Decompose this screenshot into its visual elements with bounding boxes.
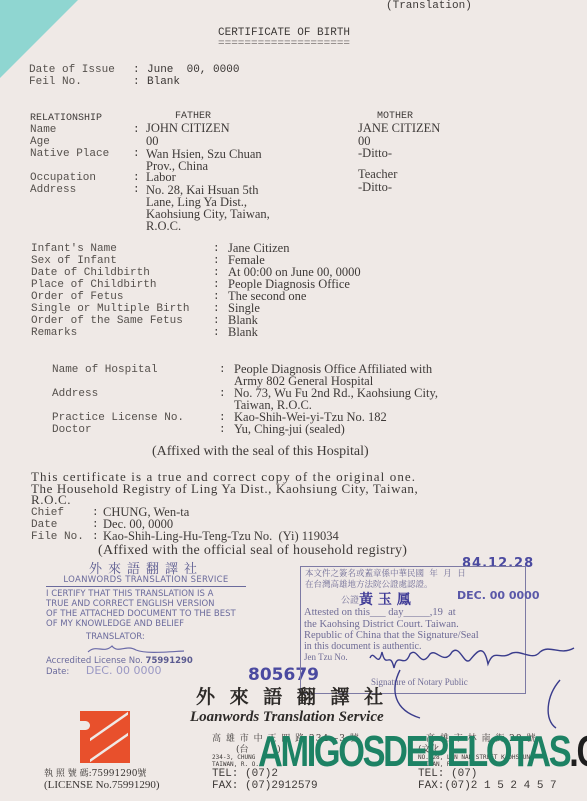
address-label: Address xyxy=(30,184,76,196)
notary-cn-line1: 本文件之簽名或蓋章係中華民國 年 月 日 xyxy=(305,569,466,580)
attested-line: Attested on this___ day_____,19 at xyxy=(304,607,456,618)
colon: : xyxy=(219,412,226,424)
translator-stamp-en-name: LOANWORDS TRANSLATION SERVICE xyxy=(46,575,246,585)
notary-date-stamp: DEC. 00 0000 xyxy=(457,589,539,602)
chief-label: Chief xyxy=(31,507,64,519)
colon: : xyxy=(213,315,220,327)
certify-text: I CERTIFY THAT THIS TRANSLATION IS A TRU… xyxy=(46,589,246,629)
hospital-name-value: People Diagnosis Office Affiliated with … xyxy=(234,363,432,387)
colon: : xyxy=(213,243,220,255)
court-line: the Kaohsing District Court. Taiwan. xyxy=(304,619,459,630)
hospital-address-label: Address xyxy=(52,388,98,400)
letterhead-cn-name: 外 來 語 翻 譯 社 xyxy=(196,682,387,709)
left-fax: FAX: (07)2912579 xyxy=(212,780,318,792)
file-no-label: Feil No. xyxy=(29,76,82,88)
translator-stamp-cn-name: 外來語翻譯社 xyxy=(46,565,246,575)
colon: : xyxy=(213,303,220,315)
translator-label: TRANSLATOR: xyxy=(86,632,145,642)
doctor-value: Yu, Ching-jui (sealed) xyxy=(234,423,345,435)
father-occupation: Labor xyxy=(146,171,176,183)
title-underline: ==================== xyxy=(218,38,350,50)
mother-address: -Ditto- xyxy=(358,181,392,193)
notary-cn-name: 黃 玉 鳳 xyxy=(359,589,411,609)
colon: : xyxy=(213,255,220,267)
remarks-value: Blank xyxy=(228,326,258,338)
colon: : xyxy=(213,267,220,279)
birth-place-label: Place of Childbirth xyxy=(31,279,156,291)
relationship-label: RELATIONSHIP xyxy=(30,113,102,124)
registry-date-label: Date xyxy=(31,519,57,531)
native-place-label: Native Place xyxy=(30,148,109,160)
colon: : xyxy=(133,76,140,88)
license-cn: 執 照 號 碼:75991290號 xyxy=(44,766,146,779)
notary-cn-label: 公證 xyxy=(341,593,359,606)
registry-file-label: File No. xyxy=(31,531,84,543)
hospital-name-label: Name of Hospital xyxy=(52,364,158,376)
age-label: Age xyxy=(30,136,50,148)
same-fetus-order-label: Order of the Same Fetus xyxy=(31,315,183,327)
infant-name-label: Infant's Name xyxy=(31,243,117,255)
fetus-order-label: Order of Fetus xyxy=(31,291,123,303)
colon: : xyxy=(92,531,99,543)
colon: : xyxy=(133,148,140,160)
colon: : xyxy=(213,291,220,303)
occupation-label: Occupation xyxy=(30,172,96,184)
issue-date-value: June 00, 0000 xyxy=(147,64,239,76)
issue-date-label: Date of Issue xyxy=(29,64,115,76)
jen-tzu-label: Jen Tzu No. xyxy=(304,652,348,663)
colon: : xyxy=(92,519,99,531)
hospital-seal-note: (Affixed with the seal of this Hospital) xyxy=(152,444,369,460)
colon: : xyxy=(133,184,140,196)
colon: : xyxy=(219,424,226,436)
translator-line: TRANSLATOR: xyxy=(86,632,246,656)
name-label: Name xyxy=(30,124,56,136)
registry-file-value: Kao-Shih-Ling-Hu-Teng-Tzu No. (Yi) 11903… xyxy=(103,530,339,542)
father-native-place: Wan Hsien, Szu Chuan Prov., China xyxy=(146,148,262,172)
stamp-date-line: Date: DEC. 00 0000 xyxy=(46,666,246,677)
watermark-dark-text: .COM xyxy=(569,727,587,776)
registry-office: The Household Registry of Ling Ya Dist.,… xyxy=(31,483,418,505)
file-no-value: Blank xyxy=(147,76,180,88)
colon: : xyxy=(219,364,226,376)
doctor-label: Doctor xyxy=(52,424,92,436)
infant-sex-label: Sex of Infant xyxy=(31,255,117,267)
birth-type-label: Single or Multiple Birth xyxy=(31,303,189,315)
mother-name: JANE CITIZEN xyxy=(358,122,440,134)
divider xyxy=(46,586,246,587)
letterhead-en-name: Loanwords Translation Service xyxy=(190,709,384,726)
watermark: AMIGOSDEPELOTAS.COM xyxy=(258,728,587,776)
translator-signature-icon xyxy=(86,642,186,656)
colon: : xyxy=(133,64,140,76)
practice-license-label: Practice License No. xyxy=(52,412,184,424)
father-name: JOHN CITIZEN xyxy=(146,122,230,134)
watermark-green-text: AMIGOSDEPELOTAS xyxy=(258,727,569,776)
mother-native-place: -Ditto- xyxy=(358,147,392,159)
left-address-en: 234-3, CHUNG TAIWAN, R. O. xyxy=(212,754,259,768)
translation-tag: (Translation) xyxy=(386,0,472,12)
right-fax: FAX:(07)2 1 5 2 4 5 7 xyxy=(418,780,557,792)
stamp-date-label: Date: xyxy=(46,667,69,677)
colon: : xyxy=(133,172,140,184)
remarks-label: Remarks xyxy=(31,327,77,339)
license-en: (LICENSE No.75991290) xyxy=(44,779,160,791)
stamp-date-value: DEC. 00 0000 xyxy=(86,664,162,677)
colon: : xyxy=(213,327,220,339)
hospital-address-value: No. 73, Wu Fu 2nd Rd., Kaohsiung City, T… xyxy=(234,387,438,411)
father-age: 00 xyxy=(146,135,159,147)
colon: : xyxy=(219,388,226,400)
colon: : xyxy=(133,124,140,136)
birth-date-label: Date of Childbirth xyxy=(31,267,150,279)
mother-occupation: Teacher xyxy=(358,168,397,180)
father-address: No. 28, Kai Hsuan 5th Lane, Ling Ya Dist… xyxy=(146,184,270,232)
colon: : xyxy=(213,279,220,291)
company-logo-icon xyxy=(80,711,130,763)
translator-stamp: 外來語翻譯社 LOANWORDS TRANSLATION SERVICE I C… xyxy=(46,565,246,677)
registry-seal-note: (Affixed with the official seal of house… xyxy=(98,543,407,559)
colon: : xyxy=(92,507,99,519)
notary-signature-icon xyxy=(360,640,587,730)
